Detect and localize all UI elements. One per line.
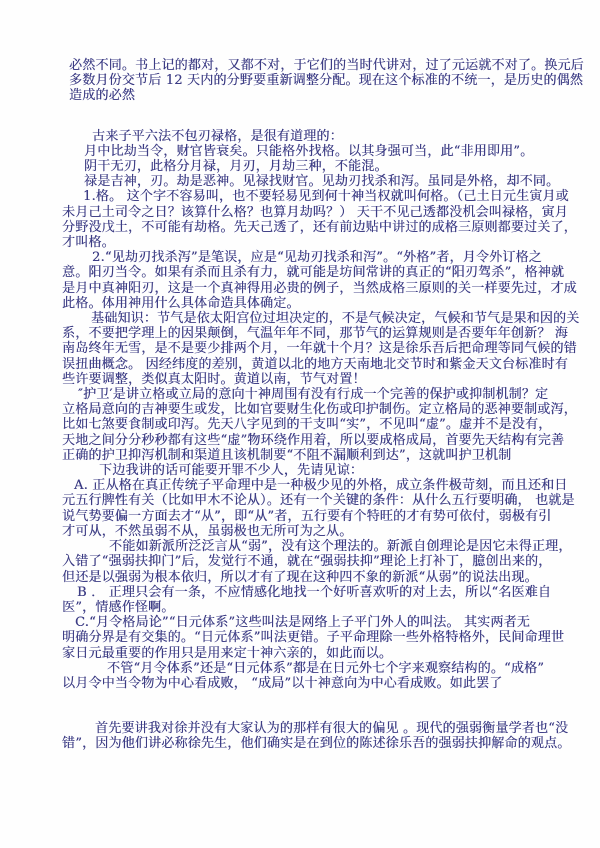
text-line: 系，不要把学理上的因果颠倒，气温年年不同，那节气的运算规则是否要年年创新？ 海	[62, 326, 600, 341]
text-line: 月中比劫当令，财官皆衰矣。只能格外找格。以其身强可当，此“非用即用”。	[62, 144, 600, 159]
text-line: 但还是以强弱为根本依归，所以才有了现在这种四不象的新派“从弱”的说法出现。	[62, 570, 600, 585]
text-line: 不能如新派所泛泛言从“弱”，没有这个理法的。新派自创理论是因它未得正理，	[62, 539, 600, 554]
p-item-2-biwu: 2.“见劫刃找杀泻”是笔误，应是“见劫刃找杀和泻”。“外格”者，月令外订格之意。…	[62, 250, 600, 311]
p-item-1-ge: 1.格。 这个字不容易叫，也不要轻易见到何十神当权就叫何格。（己土日元生寅月或未…	[62, 189, 600, 250]
p-intro-yuanyun: 必然不同。书上记的都对，又都不对，于它们的当时代讲对，过了元运就不对了。换元后多…	[69, 58, 600, 104]
text-line: 明确分界是有交集的。“日元体系”叫法更错。子平命理除一些外格特格外，民间命理世	[62, 630, 600, 645]
text-line: 首先要讲我对徐并没有大家认为的那样有很大的偏见 。现代的强弱衡量学者也“没	[62, 721, 600, 736]
document-page: 必然不同。书上记的都对，又都不对，于它们的当时代讲对，过了元运就不对了。换元后多…	[0, 0, 600, 848]
p-shouxian-xu: 首先要讲我对徐并没有大家认为的那样有很大的偏见 。现代的强弱衡量学者也“没错”，…	[62, 721, 600, 751]
text-line: A. 正从格在真正传统子平命理中是一种极少见的外格，成立条件极苛刻，而且还和日	[62, 478, 600, 493]
text-line: 南岛终年无雪，是不是要少排两个月，一年就十个月？这是徐乐吾后把命理等同气候的错	[62, 341, 600, 356]
p-lu-jishen: 禄是吉神，刃。劫是恶神。见禄找财官。见劫刃找杀和泻。虽同是外格，却不同。	[62, 174, 600, 189]
text-line: 禄是吉神，刃。劫是恶神。见禄找财官。见劫刃找杀和泻。虽同是外格，却不同。	[62, 174, 600, 189]
text-line: 入错了“强弱扶抑门”后，发觉行不通，就在“强弱扶抑”理论上打补丁，臆创出来的，	[62, 554, 600, 569]
text-line: C.“月令格局论”“日元体系”这些叫法是网络上子平门外人的叫法。 其实两者无	[62, 615, 600, 630]
p-item-a-congge: A. 正从格在真正传统子平命理中是一种极少见的外格，成立条件极苛刻，而且还和日元…	[62, 478, 600, 539]
text-line: 2.“见劫刃找杀泻”是笔误，应是“见劫刃找杀和泻”。“外格”者，月令外订格之	[62, 250, 600, 265]
p-buguan-tixi: 不管“月令体系”还是“日元体系”都是在日元外七个字来观察结构的。“成格”以月令中…	[62, 661, 600, 691]
text-line: 些许要调整，类似真太阳时。黄道以南，节气对置！	[62, 372, 600, 387]
text-line: 天地之间分分秒秒都有这些“虚”物环绕作用着，所以要成格成局，首要先天结构有完善	[62, 433, 600, 448]
text-line: 才叫格。	[62, 235, 600, 250]
text-line: 此格。体用神用什么具体命造具体确定。	[62, 296, 600, 311]
text-line: 基础知识：节气是依太阳宫位过坦决定的，不是气候决定，气候和节气是果和因的关	[62, 311, 600, 326]
text-line: 不管“月令体系”还是“日元体系”都是在日元外七个字来观察结构的。“成格”	[62, 661, 600, 676]
text-line: 下边我讲的话可能要开罪不少人，先请见谅：	[62, 463, 600, 478]
p-xiabian-intro: 下边我讲的话可能要开罪不少人，先请见谅：	[62, 463, 600, 478]
p-jichu-zhishi: 基础知识：节气是依太阳宫位过坦决定的，不是气候决定，气候和节气是果和因的关系，不…	[62, 311, 600, 387]
text-line: 医”，情感作怪啊。	[62, 600, 600, 615]
p-gulai-heading: 古来子平六法不包刃禄格，是很有道理的：	[62, 129, 600, 144]
p-item-b-zhengli: B ． 正理只会有一条，不应情感化地找一个好听喜欢听的对上去，所以“名医难自医”…	[62, 585, 600, 615]
text-line: ″护卫′是讲立格或立局的意向十神周围有没有行成一个完善的保护或抑制机制？定	[62, 387, 600, 402]
text-line: 以月令中当令物为中心看成败， “成局”以十神意向为中心看成败。如此罢了	[62, 676, 600, 691]
p-item-c-jiaofa: C.“月令格局论”“日元体系”这些叫法是网络上子平门外人的叫法。 其实两者无明确…	[62, 615, 600, 661]
text-line: 分野没戊土，不可能有劫格。先天己透了，还有前边贴中讲过的成格三原则都要过关了，	[62, 220, 600, 235]
text-line: 才可从，不然虽弱不从，虽弱极也无所可为之从。	[62, 524, 600, 539]
text-line: 未月己土司令之日？该算什么格？也算月劫吗？） 天干不见己透都没机会叫禄格，寅月	[62, 205, 600, 220]
text-line: 1.格。 这个字不容易叫，也不要轻易见到何十神当权就叫何格。（己土日元生寅月或	[62, 189, 600, 204]
text-line: 立格局意向的吉神要生或发，比如官要财生化伤或印护制伤。定立格局的恶神要制或泻，	[62, 402, 600, 417]
text-line: 比如七煞要食制或印泻。先天八字见到的干支叫“实”，不见叫“虚”。虚并不是没有，	[62, 417, 600, 432]
p-xinpai-congruo: 不能如新派所泛泛言从“弱”，没有这个理法的。新派自创理论是因它未得正理，入错了“…	[62, 539, 600, 585]
text-line: 必然不同。书上记的都对，又都不对，于它们的当时代讲对，过了元运就不对了。换元后	[69, 58, 600, 73]
text-line: 多数月份交节后 12 天内的分野要重新调整分配。现在这个标准的不统一，是历史的偶…	[69, 73, 600, 88]
text-line: 是月中真神阳刃，这是一个真神得用必贵的例子，当然成格三原则的关一样要先过，才成	[62, 281, 600, 296]
text-line: 正确的护卫抑泻机制和渠道且该机制要“不阻不漏顺利到达”，这就叫护卫机制	[62, 448, 600, 463]
text-line: 说气势要偏一方面去才“从”，即“从”者，五行要有个特旺的才有势可依付，弱极有引	[62, 509, 600, 524]
text-line: 误扭曲概念。 因经纬度的差别，黄道以北的地方天南地北交节时和紫金天文台标准时有	[62, 357, 600, 372]
text-line: 造成的必然	[69, 88, 600, 103]
text-line: 古来子平六法不包刃禄格，是很有道理的：	[62, 129, 600, 144]
p-huwei-jizhi: ″护卫′是讲立格或立局的意向十神周围有没有行成一个完善的保护或抑制机制？定立格局…	[62, 387, 600, 463]
text-line: 元五行脾性有关（比如甲木不论从）。还有一个关键的条件：从什么五行要明确， 也就是	[62, 493, 600, 508]
text-line: 错”，因为他们讲必称徐先生，他们确实是在到位的陈述徐乐吾的强弱扶抑解命的观点。	[62, 736, 600, 751]
p-yuezhong-bijie: 月中比劫当令，财官皆衰矣。只能格外找格。以其身强可当，此“非用即用”。	[62, 144, 600, 159]
text-line: 家日元最重要的作用只是用来定十神六亲的，如此而以。	[62, 646, 600, 661]
text-line: 阴干无刃，此格分月禄，月刃，月劫三种，不能混。	[62, 159, 600, 174]
p-yingan-wuren: 阴干无刃，此格分月禄，月刃，月劫三种，不能混。	[62, 159, 600, 174]
text-line: B ． 正理只会有一条，不应情感化地找一个好听喜欢听的对上去，所以“名医难自	[62, 585, 600, 600]
text-line: 意。阳刃当令。如果有杀而且杀有力，就可能是坊间常讲的真正的“阳刃驾杀”，格神就	[62, 265, 600, 280]
